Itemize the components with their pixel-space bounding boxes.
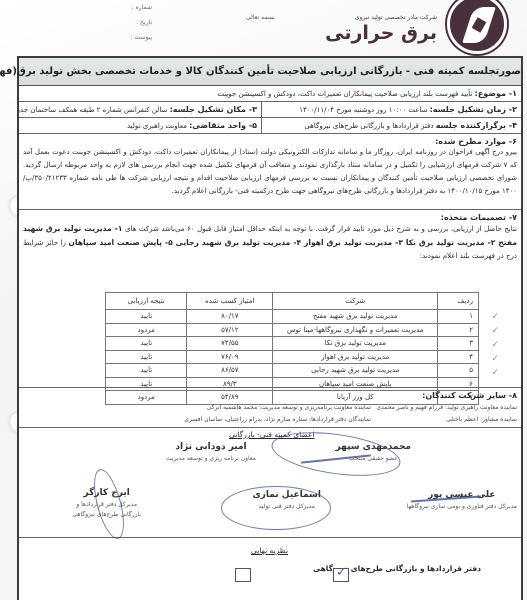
document-page: شرکت مادر تخصصی تولید نیروی برق حرارتی ب… xyxy=(0,0,527,600)
row-result: تایید xyxy=(106,337,187,351)
place-label: ۳- مکان تشکیل جلسه: xyxy=(170,105,257,114)
table-row: ۵ مدیریت تولید برق شهید رجایی ۸۶/۵۷ تایی… xyxy=(106,364,479,378)
number-label: شماره : xyxy=(112,0,152,15)
subject-row: ۱- موضوع: تأیید فهرست بلند ارزیابی صلاحی… xyxy=(19,86,521,102)
handwritten-check-icon: ✓ xyxy=(491,340,499,350)
signer-position: معاون برنامه ریزی و توسعه مدیریت xyxy=(166,455,256,462)
document-title: صورتجلسه کمیته فنی - بازرگانی ارزیابی صل… xyxy=(19,58,521,86)
organizer-label: ۴- برگزارکننده جلسه xyxy=(436,121,517,130)
attachment-label: پیوست : xyxy=(112,30,152,45)
row-index: ۵ xyxy=(438,364,479,378)
reject-checkbox[interactable] xyxy=(235,568,251,582)
subject-value: تأیید فهرست بلند ارزیابی صلاحیت پیمانکار… xyxy=(217,90,472,98)
decision-text-intro: نتایج حاصل از ارزیابی، بررسی و به شرح ذی… xyxy=(125,225,517,233)
section-final-opinion: نظریه نهایی دفتر قراردادها و بازرگانی طر… xyxy=(19,538,521,598)
row-result: مردود xyxy=(106,323,187,337)
signature-scribble xyxy=(221,486,331,530)
row-result: تایید xyxy=(106,310,187,324)
subject-label: ۱- موضوع: xyxy=(475,89,517,98)
header-index: ردیف xyxy=(438,293,479,310)
signer-position: مدیرکل دفتر فناوری و بومی سازی نیروگاهها xyxy=(407,503,517,510)
section-decisions: ۷- تصمیمات متخذه: نتایج حاصل از ارزیابی،… xyxy=(19,210,521,388)
table-header: ردیف شرکت امتیاز کسب شده نتیجه ارزیابی xyxy=(106,293,479,310)
row-company: مدیریت تعمیرات و نگهداری نیروگاهها-مپنا … xyxy=(273,323,438,337)
table-row: ۳ مدیریت تولید برق نکا ۷۴/۵۵ تایید xyxy=(106,337,479,351)
row-score: ۷۶/۰۹ xyxy=(187,350,273,364)
time-value: ساعت ۱۰:۰۰ روز دوشنبه مورخ ۱۴۰۰/۱۱/۰۴ xyxy=(299,106,427,114)
row-result: تایید xyxy=(106,350,187,364)
header-company: شرکت xyxy=(273,293,438,310)
section6-title: ۶- موارد مطرح شده: xyxy=(19,134,521,146)
participant-line: نمایندگان دفتر قراردادها: ستاره صارم نژا… xyxy=(184,416,371,423)
table-row: ۲ مدیریت تعمیرات و نگهداری نیروگاهها-مپن… xyxy=(106,323,479,337)
letterhead: شرکت مادر تخصصی تولید نیروی برق حرارتی ب… xyxy=(0,0,527,52)
header-result: نتیجه ارزیابی xyxy=(106,293,187,310)
row-company: مدیریت تولید برق شهید رجایی xyxy=(273,364,438,378)
requester-label: ۵- واحد متقاضی: xyxy=(189,121,257,130)
handwritten-check-icon: ✓ xyxy=(491,312,499,322)
date-label: تاریخ : xyxy=(112,15,152,30)
section7-title: ۷- تصمیمات متخذه: xyxy=(19,210,521,222)
section8-title: ۸- سایر شرکت کنندگان: xyxy=(19,388,521,400)
company-name: برق حرارتی xyxy=(325,22,437,44)
signer-name: امیر دودابی نژاد xyxy=(166,442,256,452)
row-company: مدیریت تولید برق اهواز xyxy=(273,350,438,364)
table-row: ۴ مدیریت تولید برق اهواز ۷۶/۰۹ تایید xyxy=(106,350,479,364)
participant-line: نماینده مشاور: اعظم باختلی xyxy=(446,416,517,423)
participant-line: نماینده معاونت راهبری تولید: فرزام فهیم … xyxy=(376,404,517,411)
time-place-row: ۲- زمان تشکیل جلسه: ساعت ۱۰:۰۰ روز دوشنب… xyxy=(19,102,521,118)
organizer-row: ۴- برگزارکننده جلسه دفتر قراردادها و باز… xyxy=(19,118,521,134)
minutes-frame: صورتجلسه کمیته فنی - بازرگانی ارزیابی صل… xyxy=(17,56,523,600)
section-signatures: اعضای کمیته فنی- بازرگانی محمدمهدی سپهر … xyxy=(19,428,521,538)
row-score: ۸۶/۵۷ xyxy=(187,364,273,378)
row-score: ۷۴/۵۵ xyxy=(187,337,273,351)
place-value: سالن کنفرانس شماره ۲ طبقه همکف ساختمان ج… xyxy=(19,106,167,114)
handwritten-check-icon: ✓ xyxy=(491,368,499,378)
row-score: ۵۷/۱۲ xyxy=(187,323,273,337)
table-row: ۱ مدیریت تولید برق شهید مفتح ۸۰/۱۷ تایید xyxy=(106,310,479,324)
handwritten-check-icon: ✓ xyxy=(491,326,499,336)
organizer-value: دفتر قراردادها و بازرگانی طرح‌های نیروگا… xyxy=(304,122,433,130)
signer-dodabi: امیر دودابی نژاد معاون برنامه ریزی و توس… xyxy=(166,442,256,462)
section6-text: پیرو درج آگهی فراخوان در روزنامه ایران، … xyxy=(19,146,521,198)
section-other-participants: ۸- سایر شرکت کنندگان: نماینده معاونت راه… xyxy=(19,388,521,428)
row-company: مدیریت تولید برق شهید مفتح xyxy=(273,310,438,324)
row-score: ۸۰/۱۷ xyxy=(187,310,273,324)
time-label: ۲- زمان تشکیل جلسه: xyxy=(430,105,517,114)
requester-value: معاونت راهبری تولید xyxy=(127,122,187,130)
company-subtitle: شرکت مادر تخصصی تولید نیروی xyxy=(355,14,437,21)
section-discussed-items: ۶- موارد مطرح شده: پیرو درج آگهی فراخوان… xyxy=(19,134,521,210)
participant-line: نماینده معاونت برنامه‌ریزی و توسعه مدیری… xyxy=(207,404,371,411)
row-company: مدیریت تولید برق نکا xyxy=(273,337,438,351)
header-score: امتیاز کسب شده xyxy=(187,293,273,310)
bismillah: بسمه تعالی xyxy=(246,14,275,21)
handwritten-check-icon: ✓ xyxy=(491,354,499,364)
company-logo-icon xyxy=(447,0,507,54)
row-index: ۴ xyxy=(438,350,479,364)
letter-meta: شماره : تاریخ : پیوست : xyxy=(112,0,152,45)
section7-text: نتایج حاصل از ارزیابی، بررسی و به شرح ذی… xyxy=(19,222,521,263)
final-opinion-title: نظریه نهایی xyxy=(251,546,288,555)
signature-scribble xyxy=(269,425,403,483)
row-index: ۳ xyxy=(438,337,479,351)
row-index: ۱ xyxy=(438,310,479,324)
approve-checkbox[interactable] xyxy=(333,568,349,582)
row-result: تایید xyxy=(106,364,187,378)
row-index: ۲ xyxy=(438,323,479,337)
